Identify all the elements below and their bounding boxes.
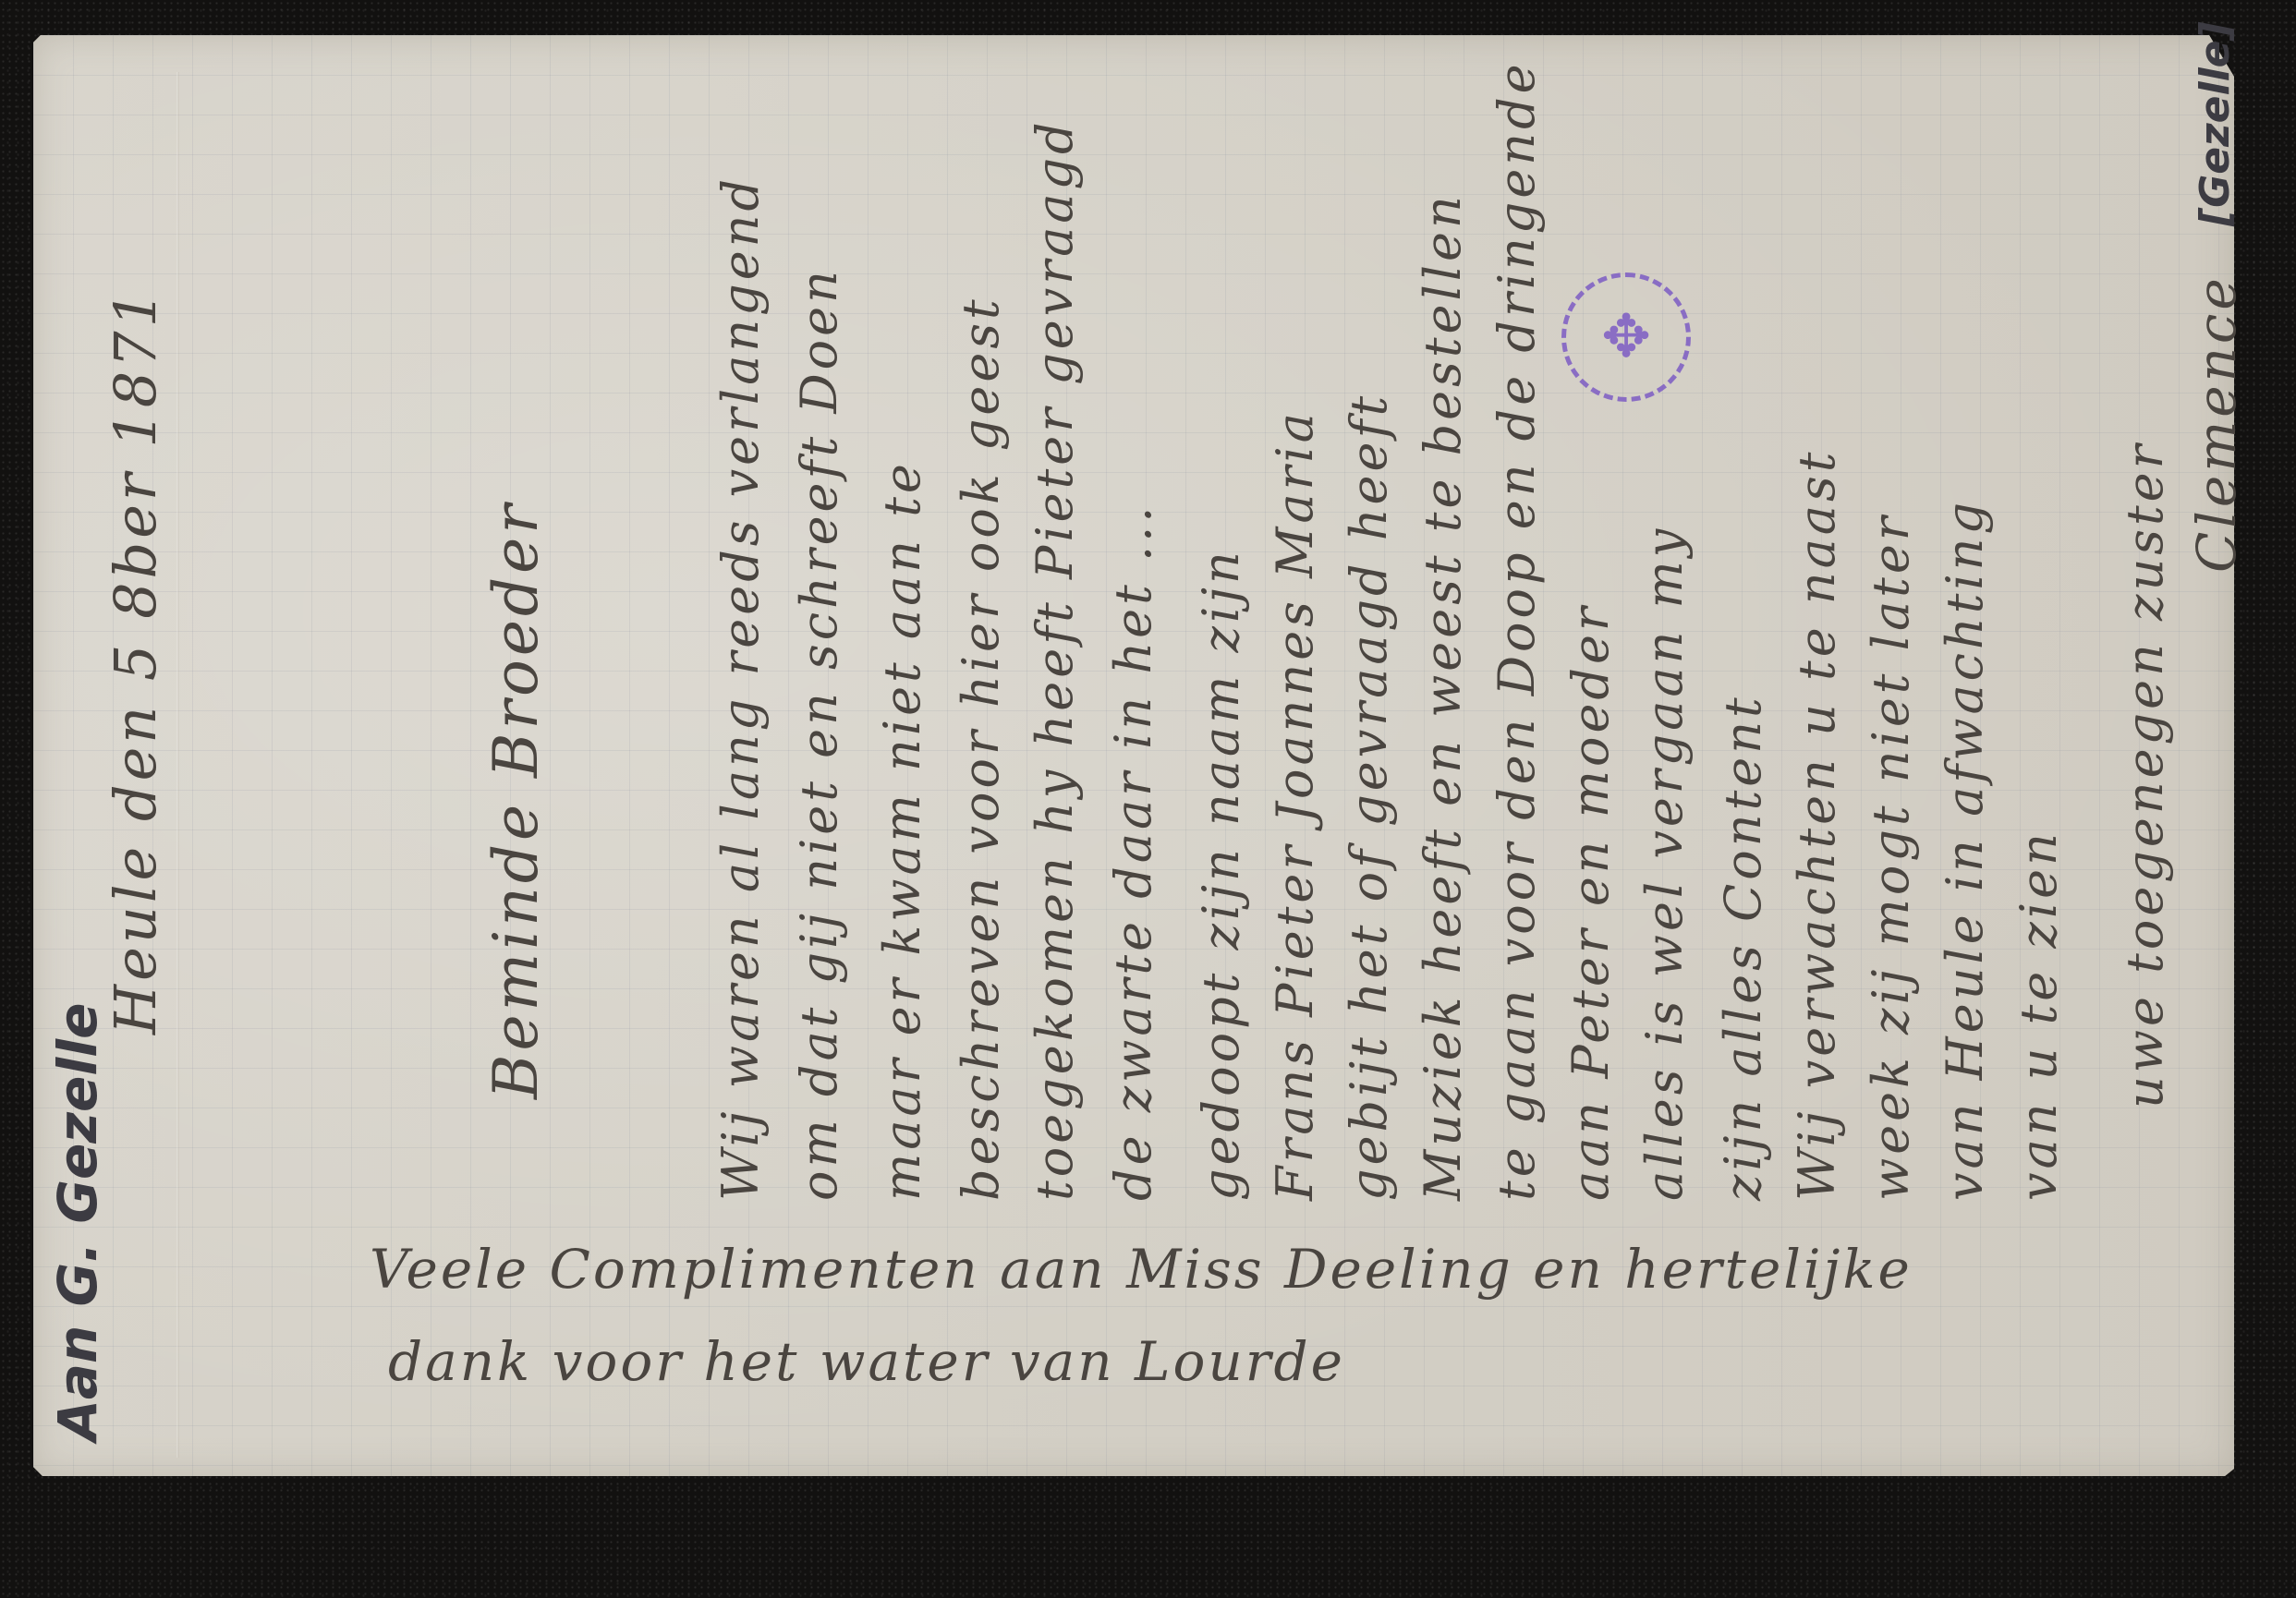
body-line: de zwarte daar in het ... (1104, 503, 1162, 1201)
archive-label: [Gezelle] (2192, 21, 2239, 226)
body-line: Wij waren al lang reeds verlangend (711, 176, 770, 1201)
postscript-line-2: dank voor het water van Lourde (388, 1330, 1345, 1393)
salutation: Beminde Broeder (480, 501, 552, 1099)
closing-line: uwe toegenegen zuster (2116, 442, 2174, 1108)
place-date: Heule den 5 8ber 1871 (102, 287, 169, 1035)
postscript-line-1: Veele Complimenten aan Miss Deeling en h… (370, 1238, 1913, 1301)
body-line: van Heule in afwachting (1936, 499, 1994, 1201)
recipient-annotation: Aan G. Gezelle (46, 1003, 109, 1441)
body-line: Muziek heeft en weest te bestellen (1414, 192, 1472, 1201)
purple-stamp: ✥ (1561, 272, 1691, 402)
paper-fold (176, 72, 179, 1458)
body-line: om dat gij niet en schreeft Doen (790, 267, 848, 1201)
body-line: alles is wel vergaan my (1635, 526, 1694, 1201)
body-line: week zij mogt niet later (1862, 513, 1920, 1201)
body-line: Wij verwachten u te naast (1788, 449, 1846, 1201)
body-line: te gaan voor den Doop en de dringende (1488, 60, 1546, 1201)
body-line: toegekomen hy heeft Pieter gevraagd (1026, 118, 1084, 1201)
body-line: beschreven voor hier ook geest (952, 296, 1010, 1201)
body-line: gebijt het of gevraagd heeft (1340, 393, 1398, 1201)
body-line: Frans Pieter Joannes Maria (1266, 409, 1324, 1201)
body-line: van u te zien (2010, 829, 2068, 1201)
body-line: gedoopt zijn naam zijn (1192, 548, 1250, 1201)
body-line: aan Peter en moeder (1561, 603, 1620, 1201)
body-line: maar er kwam niet aan te (873, 460, 931, 1201)
stamp-emblem-icon: ✥ (1601, 303, 1651, 371)
body-line: zijn alles Content (1714, 694, 1772, 1201)
signature: Clemence (2185, 274, 2248, 573)
